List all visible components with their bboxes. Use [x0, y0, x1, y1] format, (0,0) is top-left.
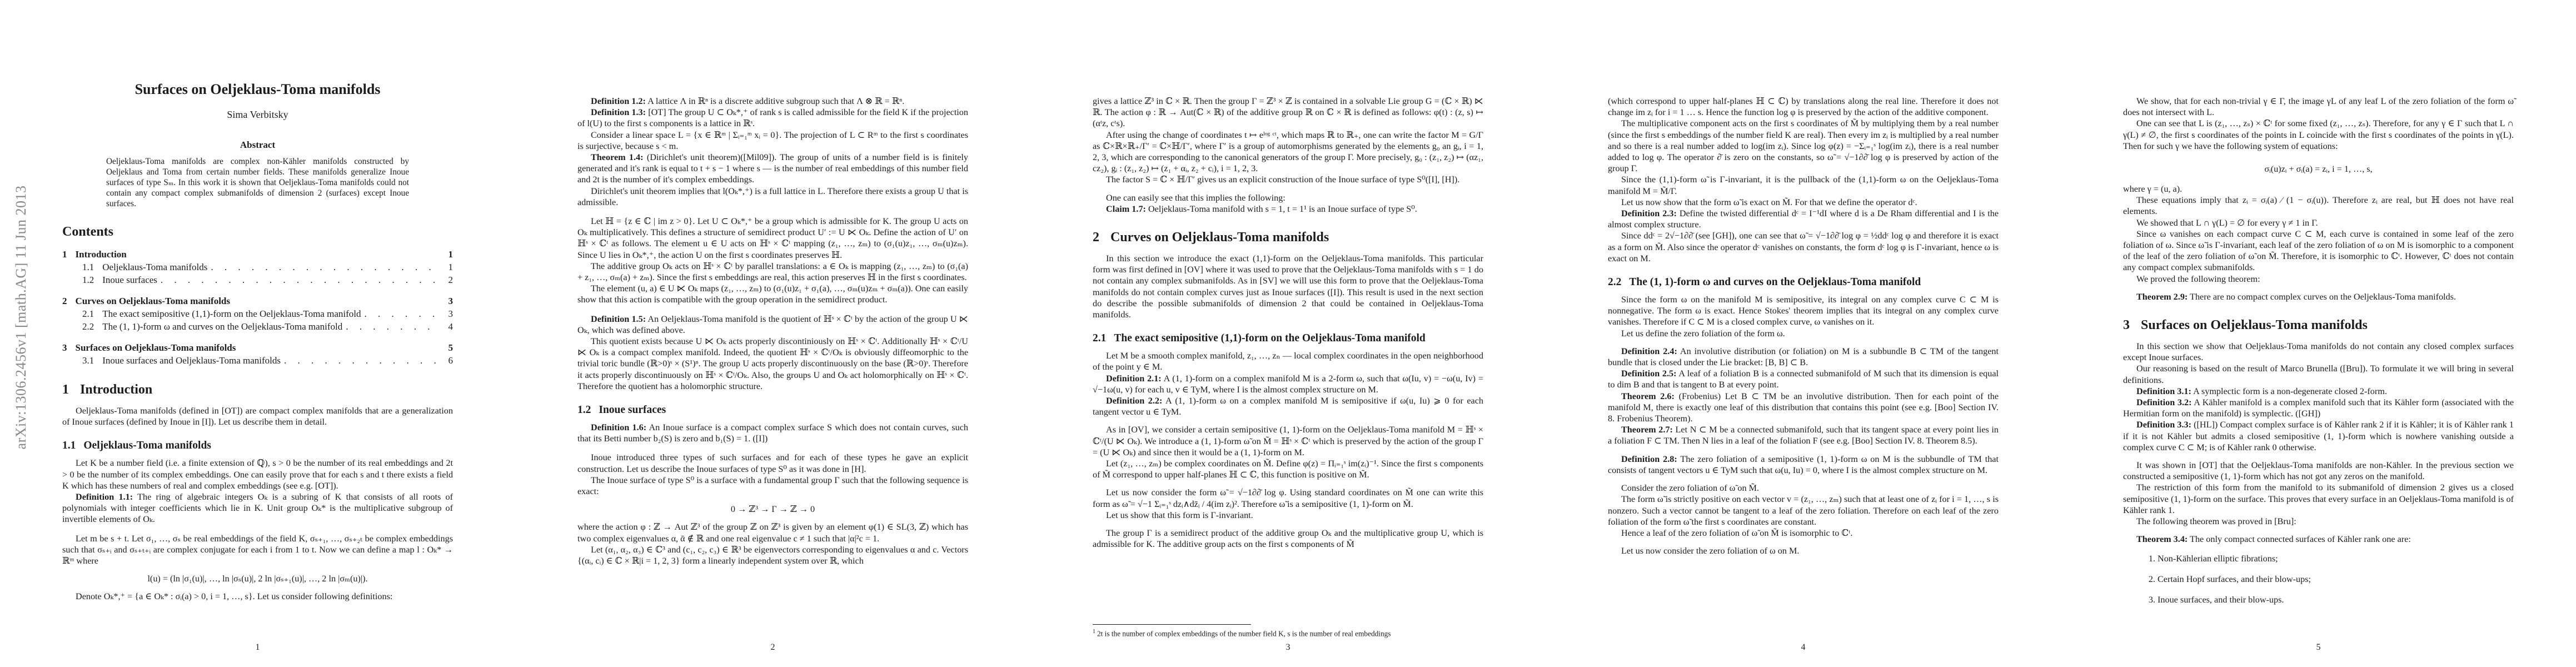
toc-entry[interactable]: 3Surfaces on Oeljeklaus-Toma manifolds. …: [62, 341, 453, 354]
paragraph: The Inoue surface of type S⁰ is a surfac…: [577, 475, 968, 497]
paragraph-text: A symplectic form is a non-degenerate cl…: [2193, 386, 2387, 396]
paragraph: where γ = (u, a).: [2123, 183, 2514, 195]
equation: σᵢ(u)zᵢ + σᵢ(a) = zᵢ, i = 1, …, s,: [2123, 164, 2514, 175]
paragraph-text: where γ = (u, a).: [2123, 184, 2182, 194]
paragraph-text: The following theorem was proved in [Bru…: [2136, 516, 2296, 526]
paragraph-text: Let us now show that the form ω̃ is exac…: [1621, 197, 1917, 207]
paragraph: Let us now show that the form ω̃ is exac…: [1608, 197, 1999, 208]
footnote: 12t is the number of complex embeddings …: [1093, 624, 1483, 638]
toc-entry[interactable]: 2.1The exact semipositive (1,1)-form on …: [62, 307, 453, 320]
paragraph-text: Let us show that this form is Γ-invarian…: [1106, 510, 1253, 520]
toc-entry-label: Surfaces on Oeljeklaus-Toma manifolds: [76, 341, 236, 354]
term-label: Definition 2.4:: [1621, 346, 1677, 356]
paragraph: The multiplicative component acts on the…: [1608, 118, 1999, 174]
section-heading: 3Surfaces on Oeljeklaus-Toma manifolds: [2123, 318, 2514, 333]
paragraph-text: where the action φ : ℤ → Aut ℤ³ of the g…: [577, 522, 968, 543]
toc-entry-label: The exact semipositive (1,1)-form on the…: [102, 307, 361, 320]
paragraph: Definition 2.1: A (1, 1)-form on a compl…: [1093, 373, 1483, 395]
paragraph: Definition 1.2: A lattice Λ in ℝⁿ is a d…: [577, 96, 968, 107]
paragraph: The additive group Oₖ acts on ℍˢ × ℂᵗ by…: [577, 261, 968, 283]
paragraph: Let ℍ = {z ∈ ℂ | im z > 0}. Let U ⊂ Oₖ*,…: [577, 216, 968, 261]
paragraph: Since the form ω on the manifold M is se…: [1608, 294, 1999, 328]
term-label: Theorem 2.9:: [2136, 292, 2188, 302]
paragraph: Definition 2.4: An involutive distributi…: [1608, 346, 1999, 368]
paragraph-text: After using the change of coordinates t …: [1093, 130, 1483, 174]
paragraph: The following theorem was proved in [Bru…: [2123, 516, 2514, 527]
vertical-space: [1093, 521, 1483, 527]
paragraph-text: The element (u, a) ∈ U ⋉ Oₖ maps (z₁, …,…: [577, 283, 968, 305]
toc-entry[interactable]: 1Introduction. . . . . . . . . . . . . .…: [62, 248, 453, 261]
paragraph: The element (u, a) ∈ U ⋉ Oₖ maps (z₁, …,…: [577, 283, 968, 305]
toc-dot-leader: . . . . . . . . . . . . . . . . . . . . …: [211, 261, 440, 273]
page-number: 4: [1546, 643, 2061, 653]
paragraph: The restriction of this form from the ma…: [2123, 482, 2514, 516]
paragraph: Let us now consider the zero foliation o…: [1608, 545, 1999, 556]
term-label: Theorem 2.7:: [1621, 425, 1673, 435]
list-item: Certain Hopf surfaces, and their blow-up…: [2158, 574, 2514, 585]
vertical-space: [1608, 447, 1999, 454]
term-label: Definition 3.3:: [2136, 420, 2191, 430]
paragraph-text: Let M be a smooth complex manifold, z₁, …: [1093, 351, 1483, 372]
toc-entry-label: The (1, 1)-form ω and curves on the Oelj…: [102, 320, 342, 333]
paragraph-text: The restriction of this form from the ma…: [2123, 482, 2514, 515]
paragraph: The factor S = ℂ × ℍ/Γ′ gives us an expl…: [1093, 174, 1483, 185]
paragraph-text: This quotient exists because U ⋉ Oₖ acts…: [577, 336, 968, 391]
page-number: 5: [2061, 643, 2576, 653]
section-number: 1.1: [62, 440, 76, 451]
toc-entry-number: 3: [62, 341, 67, 354]
toc-entry[interactable]: 1.2Inoue surfaces. . . . . . . . . . . .…: [62, 273, 453, 286]
paragraph: Definition 2.5: A leaf of a foliation B …: [1608, 368, 1999, 390]
footnote-marker: 1: [1093, 629, 1095, 635]
paragraph: Let (z₁, …, zₘ) be complex coordinates o…: [1093, 458, 1483, 480]
paragraph: Hence a leaf of the zero foliation of ω̃…: [1608, 527, 1999, 539]
toc-entry-page: 2: [443, 273, 453, 286]
paragraph-text: Let (α₁, α₂, α₃) ∈ ℂ³ and (c₁, c₂, c₃) ∈…: [577, 545, 968, 566]
paragraph: In this section we introduce the exact (…: [1093, 253, 1483, 320]
paragraph: Theorem 2.9: There are no compact comple…: [2123, 291, 2514, 302]
term-label: Theorem 1.4:: [591, 152, 644, 162]
term-label: Theorem 2.6:: [1621, 391, 1675, 401]
toc-entry-number: 2: [62, 295, 67, 307]
section-title: The exact semipositive (1,1)-form on the…: [1114, 332, 1425, 344]
toc-entry-page: 5: [443, 341, 453, 354]
paragraph: Since the (1,1)-form ω̃ is Γ-invariant, …: [1608, 174, 1999, 196]
paragraph: These equations imply that zᵢ = σᵢ(a) ⁄ …: [2123, 195, 2514, 217]
section-title: Introduction: [80, 382, 152, 397]
paragraph: After using the change of coordinates t …: [1093, 130, 1483, 175]
paragraph-text: Since ddᶜ = 2√−1∂∂̄ (see [GH]), one can …: [1608, 231, 1999, 263]
paragraph: Theorem 3.4: The only compact connected …: [2123, 534, 2514, 545]
page-body: Surfaces on Oeljeklaus-Toma manifoldsSim…: [62, 0, 453, 602]
paragraph-text: Since ω vanishes on each compact curve C…: [2123, 229, 2514, 273]
toc-entry[interactable]: 2Curves on Oeljeklaus-Toma manifolds. . …: [62, 295, 453, 307]
paragraph: This quotient exists because U ⋉ Oₖ acts…: [577, 336, 968, 392]
toc-entry-label: Inoue surfaces: [102, 273, 157, 286]
page-body: (which correspond to upper half-planes ℍ…: [1608, 0, 1999, 556]
paragraph: Let m be s + t. Let σ₁, …, σₛ be real em…: [62, 533, 453, 567]
section-title: Contents: [62, 225, 113, 239]
toc-dot-leader: . . . . . . . . . . . . . . . . . . . . …: [284, 354, 440, 367]
subsection-heading: 1.2Inoue surfaces: [577, 404, 968, 416]
term-label: Definition 1.1:: [76, 492, 133, 502]
toc-dot-leader: . . . . . . . . . . . . . . . . . . . . …: [346, 320, 440, 333]
vertical-space: [2123, 527, 2514, 534]
equation: 0 → ℤ³ → Γ → ℤ → 0: [577, 504, 968, 515]
toc-entry-page: 3: [443, 295, 453, 307]
paragraph: Let M be a smooth complex manifold, z₁, …: [1093, 350, 1483, 372]
paragraph: Oeljeklaus-Toma manifolds (defined in [O…: [62, 405, 453, 427]
paragraph-text: In this section we show that Oeljeklaus-…: [2123, 341, 2514, 362]
toc-entry[interactable]: 1.1Oeljeklaus-Toma manifolds. . . . . . …: [62, 261, 453, 273]
paragraph-text: Consider the zero foliation of ω̃ on M̃.: [1621, 483, 1759, 493]
toc-entry-number: 1.2: [82, 273, 94, 286]
term-label: Definition 2.5:: [1621, 369, 1677, 379]
paragraph-text: The additive group Oₖ acts on ℍˢ × ℂᵗ by…: [577, 261, 968, 282]
paragraph: Definition 1.3: [OT] The group U ⊂ Oₖ*,⁺…: [577, 107, 968, 129]
toc-entry-page: 4: [443, 320, 453, 333]
vertical-space: [2123, 453, 2514, 460]
paragraph-text: The factor S = ℂ × ℍ/Γ′ gives us an expl…: [1106, 175, 1459, 185]
paragraph: Inoue introduced three types of such sur…: [577, 452, 968, 474]
toc-entry-label: Oeljeklaus-Toma manifolds: [102, 261, 207, 273]
term-label: Claim 1.7:: [1106, 204, 1146, 214]
paragraph: gives a lattice ℤ³ in ℂ × ℝ. Then the gr…: [1093, 96, 1483, 130]
toc-entry-page: 1: [443, 261, 453, 273]
toc-entry-label: Inoue surfaces and Oeljeklaus-Toma manif…: [102, 354, 281, 367]
paragraph: Definition 1.5: An Oeljeklaus-Toma manif…: [577, 313, 968, 336]
paragraph: Since ddᶜ = 2√−1∂∂̄ (see [GH]), one can …: [1608, 230, 1999, 264]
page-2: 2Definition 1.2: A lattice Λ in ℝⁿ is a …: [515, 0, 1030, 667]
toc-entry-page: 1: [443, 248, 453, 261]
section-title: Surfaces on Oeljeklaus-Toma manifolds: [2141, 318, 2368, 332]
subsection-heading: 2.1The exact semipositive (1,1)-form on …: [1093, 332, 1483, 345]
page-1: 1Surfaces on Oeljeklaus-Toma manifoldsSi…: [0, 0, 515, 667]
paragraph-text: Inoue introduced three types of such sur…: [577, 452, 968, 474]
paragraph: The group Γ is a semidirect product of t…: [1093, 527, 1483, 550]
section-heading: 1Introduction: [62, 382, 453, 397]
paragraph: Let us show that this form is Γ-invarian…: [1093, 510, 1483, 521]
enumerated-list: Non-Kählerian elliptic fibrations;Certai…: [2123, 553, 2514, 606]
vertical-space: [2123, 152, 2514, 157]
paragraph-text: (which correspond to upper half-planes ℍ…: [1608, 96, 1999, 117]
paragraph: Dirichlet's unit theorem implies that l(…: [577, 186, 968, 208]
table-of-contents: 1Introduction. . . . . . . . . . . . . .…: [62, 248, 453, 367]
paragraph: Definition 3.2: A Kähler manifold is a c…: [2123, 397, 2514, 419]
list-item: Inoue surfaces, and their blow-ups.: [2158, 594, 2514, 605]
paragraph: We proved the following theorem:: [2123, 273, 2514, 285]
term-label: Definition 1.6:: [591, 422, 646, 432]
vertical-space: [1093, 186, 1483, 192]
paragraph: (which correspond to upper half-planes ℍ…: [1608, 96, 1999, 118]
term-label: Theorem 3.4:: [2136, 534, 2188, 544]
vertical-space: [62, 525, 453, 533]
paragraph-text: As in [OV], we consider a certain semipo…: [1093, 425, 1483, 457]
term-label: Definition 2.1:: [1106, 374, 1162, 384]
paragraph: Let us define the zero foliation of the …: [1608, 328, 1999, 339]
paragraph: Theorem 1.4: (Dirichlet's unit theorem)(…: [577, 152, 968, 186]
toc-entry-page: 6: [443, 354, 453, 367]
toc-entry-label: Curves on Oeljeklaus-Toma manifolds: [76, 295, 230, 307]
toc-entry-number: 1.1: [82, 261, 94, 273]
term-label: Definition 1.3:: [591, 107, 646, 117]
paragraph: One can easily see that this implies the…: [1093, 192, 1483, 203]
toc-dot-leader: . . . . . . . . . . . . . . . . . . . . …: [161, 273, 440, 286]
toc-entry[interactable]: 2.2The (1, 1)-form ω and curves on the O…: [62, 320, 453, 333]
term-label: Definition 2.8:: [1621, 454, 1677, 464]
toc-entry-page: 3: [443, 307, 453, 320]
abstract-heading: Abstract: [62, 140, 453, 151]
paragraph-text: Since the form ω on the manifold M is se…: [1608, 295, 1999, 327]
paragraph-text: A lattice Λ in ℝⁿ is a discrete additive…: [647, 96, 904, 106]
term-label: Definition 2.3:: [1621, 208, 1677, 218]
abstract-text: Oeljeklaus-Toma manifolds are complex no…: [106, 156, 409, 209]
paragraph: As in [OV], we consider a certain semipo…: [1093, 424, 1483, 458]
page-body: Definition 1.2: A lattice Λ in ℝⁿ is a d…: [577, 0, 968, 566]
paragraph: Let K be a number field (i.e. a finite e…: [62, 457, 453, 491]
paragraph-text: There are no compact complex curves on t…: [2190, 292, 2456, 302]
vertical-space: [577, 444, 968, 452]
paragraph-text: Let (z₁, …, zₘ) be complex coordinates o…: [1093, 459, 1483, 480]
paragraph-text: Our reasoning is based on the result of …: [2123, 364, 2514, 385]
footnote-text: 2t is the number of complex embeddings o…: [1097, 629, 1391, 638]
term-label: Definition 3.2:: [2136, 397, 2192, 407]
toc-entry-number: 1: [62, 248, 67, 261]
page-4: 4(which correspond to upper half-planes …: [1546, 0, 2061, 667]
term-label: Definition 2.2:: [1106, 396, 1162, 406]
paragraph-text: We show, that for each non-trivial γ ∈ Γ…: [2123, 96, 2514, 117]
paragraph-text: These equations imply that zᵢ = σᵢ(a) ⁄ …: [2123, 195, 2514, 216]
section-number: 2.2: [1608, 276, 1621, 288]
paragraph-text: Consider a linear space L = {x ∈ ℝᵐ | Σᵢ…: [577, 130, 968, 151]
paper-title: Surfaces on Oeljeklaus-Toma manifolds: [62, 81, 453, 98]
section-title: Curves on Oeljeklaus-Toma manifolds: [1110, 230, 1329, 245]
toc-dot-leader: . . . . . . . . . . . . . . . . . . . . …: [364, 307, 440, 320]
list-item: Non-Kählerian elliptic fibrations;: [2158, 553, 2514, 564]
paragraph-text: Let m be s + t. Let σ₁, …, σₛ be real em…: [62, 534, 453, 566]
vertical-space: [2123, 285, 2514, 291]
equation: l(u) = (ln |σ₁(u)|, …, ln |σₛ(u)|, 2 ln …: [62, 573, 453, 584]
paragraph-text: Dirichlet's unit theorem implies that l(…: [577, 186, 968, 207]
paragraph-text: The only compact connected surfaces of K…: [2190, 534, 2411, 544]
paragraph: Definition 3.3: ([HL]) Compact complex s…: [2123, 419, 2514, 453]
paper-document: 1Surfaces on Oeljeklaus-Toma manifoldsSi…: [0, 0, 2576, 667]
paragraph: Definition 1.1: The ring of algebraic in…: [62, 491, 453, 525]
paragraph-text: The multiplicative component acts on the…: [1608, 118, 1999, 173]
paragraph-text: We proved the following theorem:: [2136, 274, 2260, 284]
section-heading: Contents: [62, 225, 453, 240]
paragraph: Definition 1.6: An Inoue surface is a co…: [577, 422, 968, 444]
paragraph: Definition 3.1: A symplectic form is a n…: [2123, 386, 2514, 397]
paragraph-text: Let us now consider the zero foliation o…: [1621, 546, 1799, 556]
section-number: 1: [62, 382, 69, 397]
section-heading: 2Curves on Oeljeklaus-Toma manifolds: [1093, 230, 1483, 245]
page-number: 1: [0, 643, 515, 653]
section-number: 2.1: [1093, 332, 1106, 344]
paragraph: Theorem 2.6: (Frobenius) Let B ⊂ TM be a…: [1608, 391, 1999, 425]
paragraph: The form ω̃ is strictly positive on each…: [1608, 494, 1999, 527]
arxiv-watermark: arXiv:1306.2456v1 [math.AG] 11 Jun 2013: [13, 123, 29, 512]
paragraph: One can see that L is (z₁, …, zₛ) × ℂᵗ f…: [2123, 118, 2514, 152]
page-body: gives a lattice ℤ³ in ℂ × ℝ. Then the gr…: [1093, 0, 1483, 550]
paragraph: Theorem 2.7: Let N ⊂ M be a connected su…: [1608, 424, 1999, 446]
author-name: Sima Verbitsky: [62, 109, 453, 121]
paragraph-text: Let K be a number field (i.e. a finite e…: [62, 458, 453, 490]
page-5: 5We show, that for each non-trivial γ ∈ …: [2061, 0, 2576, 667]
vertical-space: [577, 306, 968, 313]
section-number: 2: [1093, 230, 1099, 245]
paragraph: Denote Oₖ*,⁺ = {a ∈ Oₖ* : σᵢ(a) > 0, i =…: [62, 591, 453, 602]
paragraph: Consider a linear space L = {x ∈ ℝᵐ | Σᵢ…: [577, 130, 968, 152]
paragraph: where the action φ : ℤ → Aut ℤ³ of the g…: [577, 521, 968, 544]
toc-entry-number: 2.1: [82, 307, 94, 320]
vertical-space: [1093, 417, 1483, 424]
page-number: 2: [515, 643, 1030, 653]
paragraph-text: gives a lattice ℤ³ in ℂ × ℝ. Then the gr…: [1093, 96, 1483, 128]
paragraph: Let (α₁, α₂, α₃) ∈ ℂ³ and (c₁, c₂, c₃) ∈…: [577, 544, 968, 566]
vertical-space: [1608, 539, 1999, 545]
paragraph-text: Let us now consider the form ω̃ = √−1∂∂̄…: [1093, 487, 1483, 509]
paragraph-text: Oeljeklaus-Toma manifold with s = 1, t =…: [1148, 204, 1417, 214]
paragraph: We show, that for each non-trivial γ ∈ Γ…: [2123, 96, 2514, 118]
term-label: Definition 3.1:: [2136, 386, 2191, 396]
paragraph-text: Since the (1,1)-form ω̃ is Γ-invariant, …: [1608, 175, 1999, 196]
paragraph: Definition 2.2: A (1, 1)-form ω on a com…: [1093, 395, 1483, 417]
paragraph: Since ω vanishes on each compact curve C…: [2123, 228, 2514, 273]
subsection-heading: 2.2The (1, 1)-form ω and curves on the O…: [1608, 276, 1999, 288]
paragraph-text: We showed that L ∩ γ(L) = ∅ for every γ …: [2136, 218, 2318, 228]
paragraph-text: Let ℍ = {z ∈ ℂ | im z > 0}. Let U ⊂ Oₖ*,…: [577, 216, 968, 260]
toc-entry-number: 2.2: [82, 320, 94, 333]
section-title: Inoue surfaces: [599, 404, 666, 416]
paragraph: Definition 2.3: Define the twisted diffe…: [1608, 208, 1999, 230]
section-title: Oeljeklaus-Toma manifolds: [83, 440, 211, 451]
page-number: 3: [1030, 643, 1546, 653]
paragraph-text: Hence a leaf of the zero foliation of ω̃…: [1621, 528, 1852, 538]
toc-entry-label: Introduction: [76, 248, 127, 261]
term-label: Definition 1.2:: [591, 96, 646, 106]
paragraph-text: Oeljeklaus-Toma manifolds (defined in [O…: [62, 406, 453, 427]
paragraph: Our reasoning is based on the result of …: [2123, 363, 2514, 385]
toc-entry[interactable]: 3.1Inoue surfaces and Oeljeklaus-Toma ma…: [62, 354, 453, 367]
section-title: The (1, 1)-form ω and curves on the Oelj…: [1629, 276, 1921, 288]
paragraph: Let us now consider the form ω̃ = √−1∂∂̄…: [1093, 487, 1483, 509]
page-body: We show, that for each non-trivial γ ∈ Γ…: [2123, 0, 2514, 615]
paragraph: Claim 1.7: Oeljeklaus-Toma manifold with…: [1093, 203, 1483, 215]
paragraph-text: The group Γ is a semidirect product of t…: [1093, 528, 1483, 549]
term-label: Definition 1.5:: [591, 314, 646, 324]
vertical-space: [1608, 339, 1999, 346]
paragraph-text: One can easily see that this implies the…: [1106, 193, 1285, 203]
section-number: 3: [2123, 318, 2130, 332]
vertical-space: [1093, 480, 1483, 487]
paragraph: Consider the zero foliation of ω̃ on M̃.: [1608, 482, 1999, 494]
paragraph-text: Denote Oₖ*,⁺ = {a ∈ Oₖ* : σᵢ(a) > 0, i =…: [76, 591, 392, 601]
subsection-heading: 1.1Oeljeklaus-Toma manifolds: [62, 440, 453, 452]
paragraph-text: The Inoue surface of type S⁰ is a surfac…: [577, 475, 968, 496]
paragraph-text: One can see that L is (z₁, …, zₛ) × ℂᵗ f…: [2123, 118, 2514, 151]
footnote-rule: [1093, 624, 1251, 625]
page-3: 12t is the number of complex embeddings …: [1030, 0, 1546, 667]
paragraph: In this section we show that Oeljeklaus-…: [2123, 341, 2514, 363]
paragraph: It was shown in [OT] that the Oeljeklaus…: [2123, 460, 2514, 482]
paragraph-text: The form ω̃ is strictly positive on each…: [1608, 494, 1999, 526]
section-number: 1.2: [577, 404, 591, 416]
vertical-space: [577, 208, 968, 216]
paragraph: We showed that L ∩ γ(L) = ∅ for every γ …: [2123, 217, 2514, 228]
paragraph-text: In this section we introduce the exact (…: [1093, 253, 1483, 320]
toc-entry-number: 3.1: [82, 354, 94, 367]
paragraph-text: Let us define the zero foliation of the …: [1621, 328, 1785, 339]
paragraph-text: It was shown in [OT] that the Oeljeklaus…: [2123, 460, 2514, 481]
paragraph: Definition 2.8: The zero foliation of a …: [1608, 454, 1999, 476]
vertical-space: [1608, 476, 1999, 482]
